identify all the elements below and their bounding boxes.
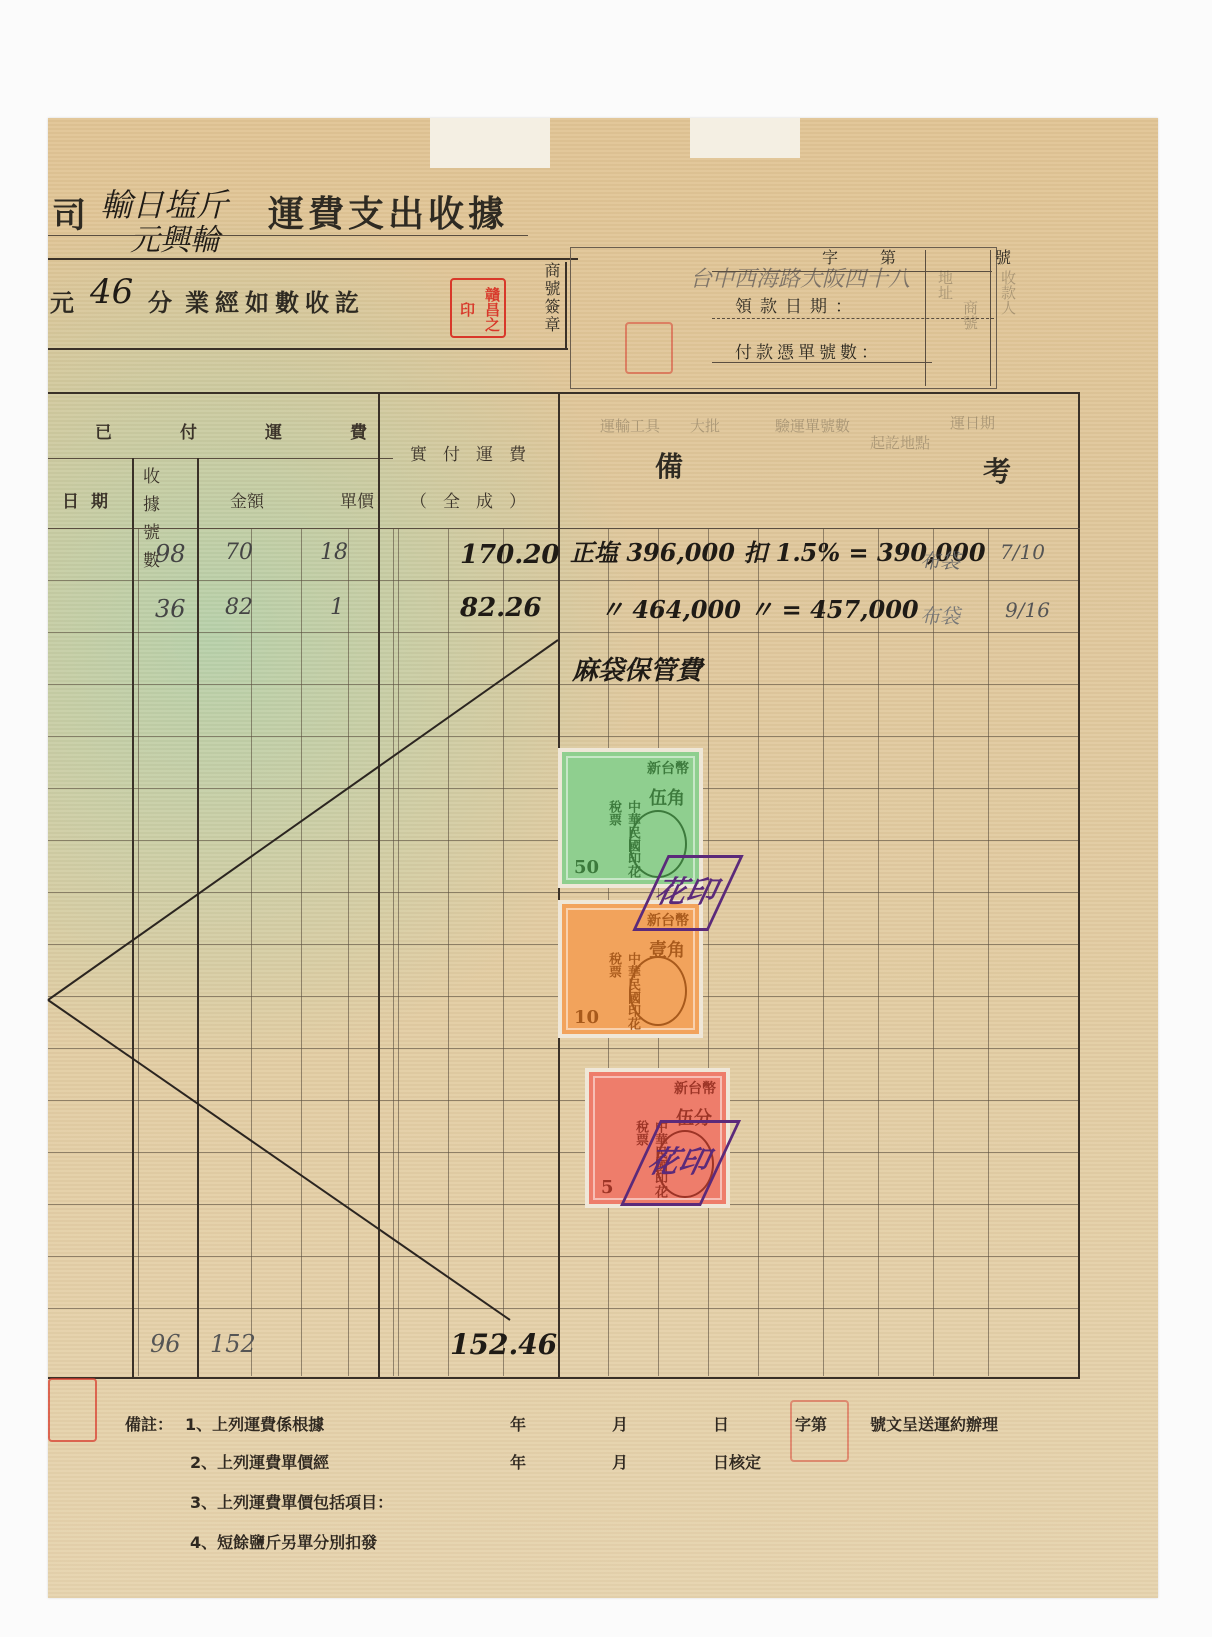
remark: 〃 464,000 〃 = 457,000 bbox=[600, 590, 919, 625]
date: 7/10 bbox=[1000, 540, 1045, 564]
note-2: 2、上列運費單價經 bbox=[190, 1450, 329, 1473]
note-3: 3、上列運費單價包括項目： bbox=[190, 1490, 393, 1513]
total-paid: 152.46 bbox=[450, 1328, 557, 1361]
total-receipt: 96 bbox=[150, 1330, 181, 1358]
portrait-icon bbox=[629, 956, 687, 1026]
date: 9/16 bbox=[1005, 598, 1050, 622]
note-2-year: 年 bbox=[510, 1450, 526, 1473]
unit-price: 1 bbox=[330, 595, 344, 620]
total-amount: 152 bbox=[210, 1330, 256, 1358]
note-2-month: 月 bbox=[612, 1450, 628, 1473]
unit-price: 18 bbox=[320, 540, 348, 565]
amount: 70 bbox=[225, 540, 253, 565]
note-1-day: 日 bbox=[713, 1412, 729, 1435]
receipt-no: 98 bbox=[155, 540, 186, 568]
notes-label: 備註： bbox=[125, 1412, 173, 1435]
actual-paid: 82.26 bbox=[460, 593, 541, 623]
receipt-no: 36 bbox=[155, 595, 186, 623]
amount: 82 bbox=[225, 595, 253, 620]
note-1-month: 月 bbox=[612, 1412, 628, 1435]
extra-remark: 麻袋保管費 bbox=[572, 650, 702, 687]
faint-red-seal bbox=[790, 1400, 849, 1462]
note-1-year: 年 bbox=[510, 1412, 526, 1435]
note-1: 1、上列運費係根據 bbox=[185, 1412, 324, 1435]
note-4: 4、短餘鹽斤另單分別扣發 bbox=[190, 1530, 377, 1553]
note-1-tail: 號文呈送運約辦理 bbox=[870, 1412, 998, 1435]
note-2-day: 日核定 bbox=[713, 1450, 761, 1473]
actual-paid: 170.20 bbox=[460, 540, 560, 570]
place: 布袋 bbox=[920, 600, 960, 629]
corner-red-seal bbox=[48, 1378, 97, 1442]
place: 布袋 bbox=[920, 545, 960, 574]
